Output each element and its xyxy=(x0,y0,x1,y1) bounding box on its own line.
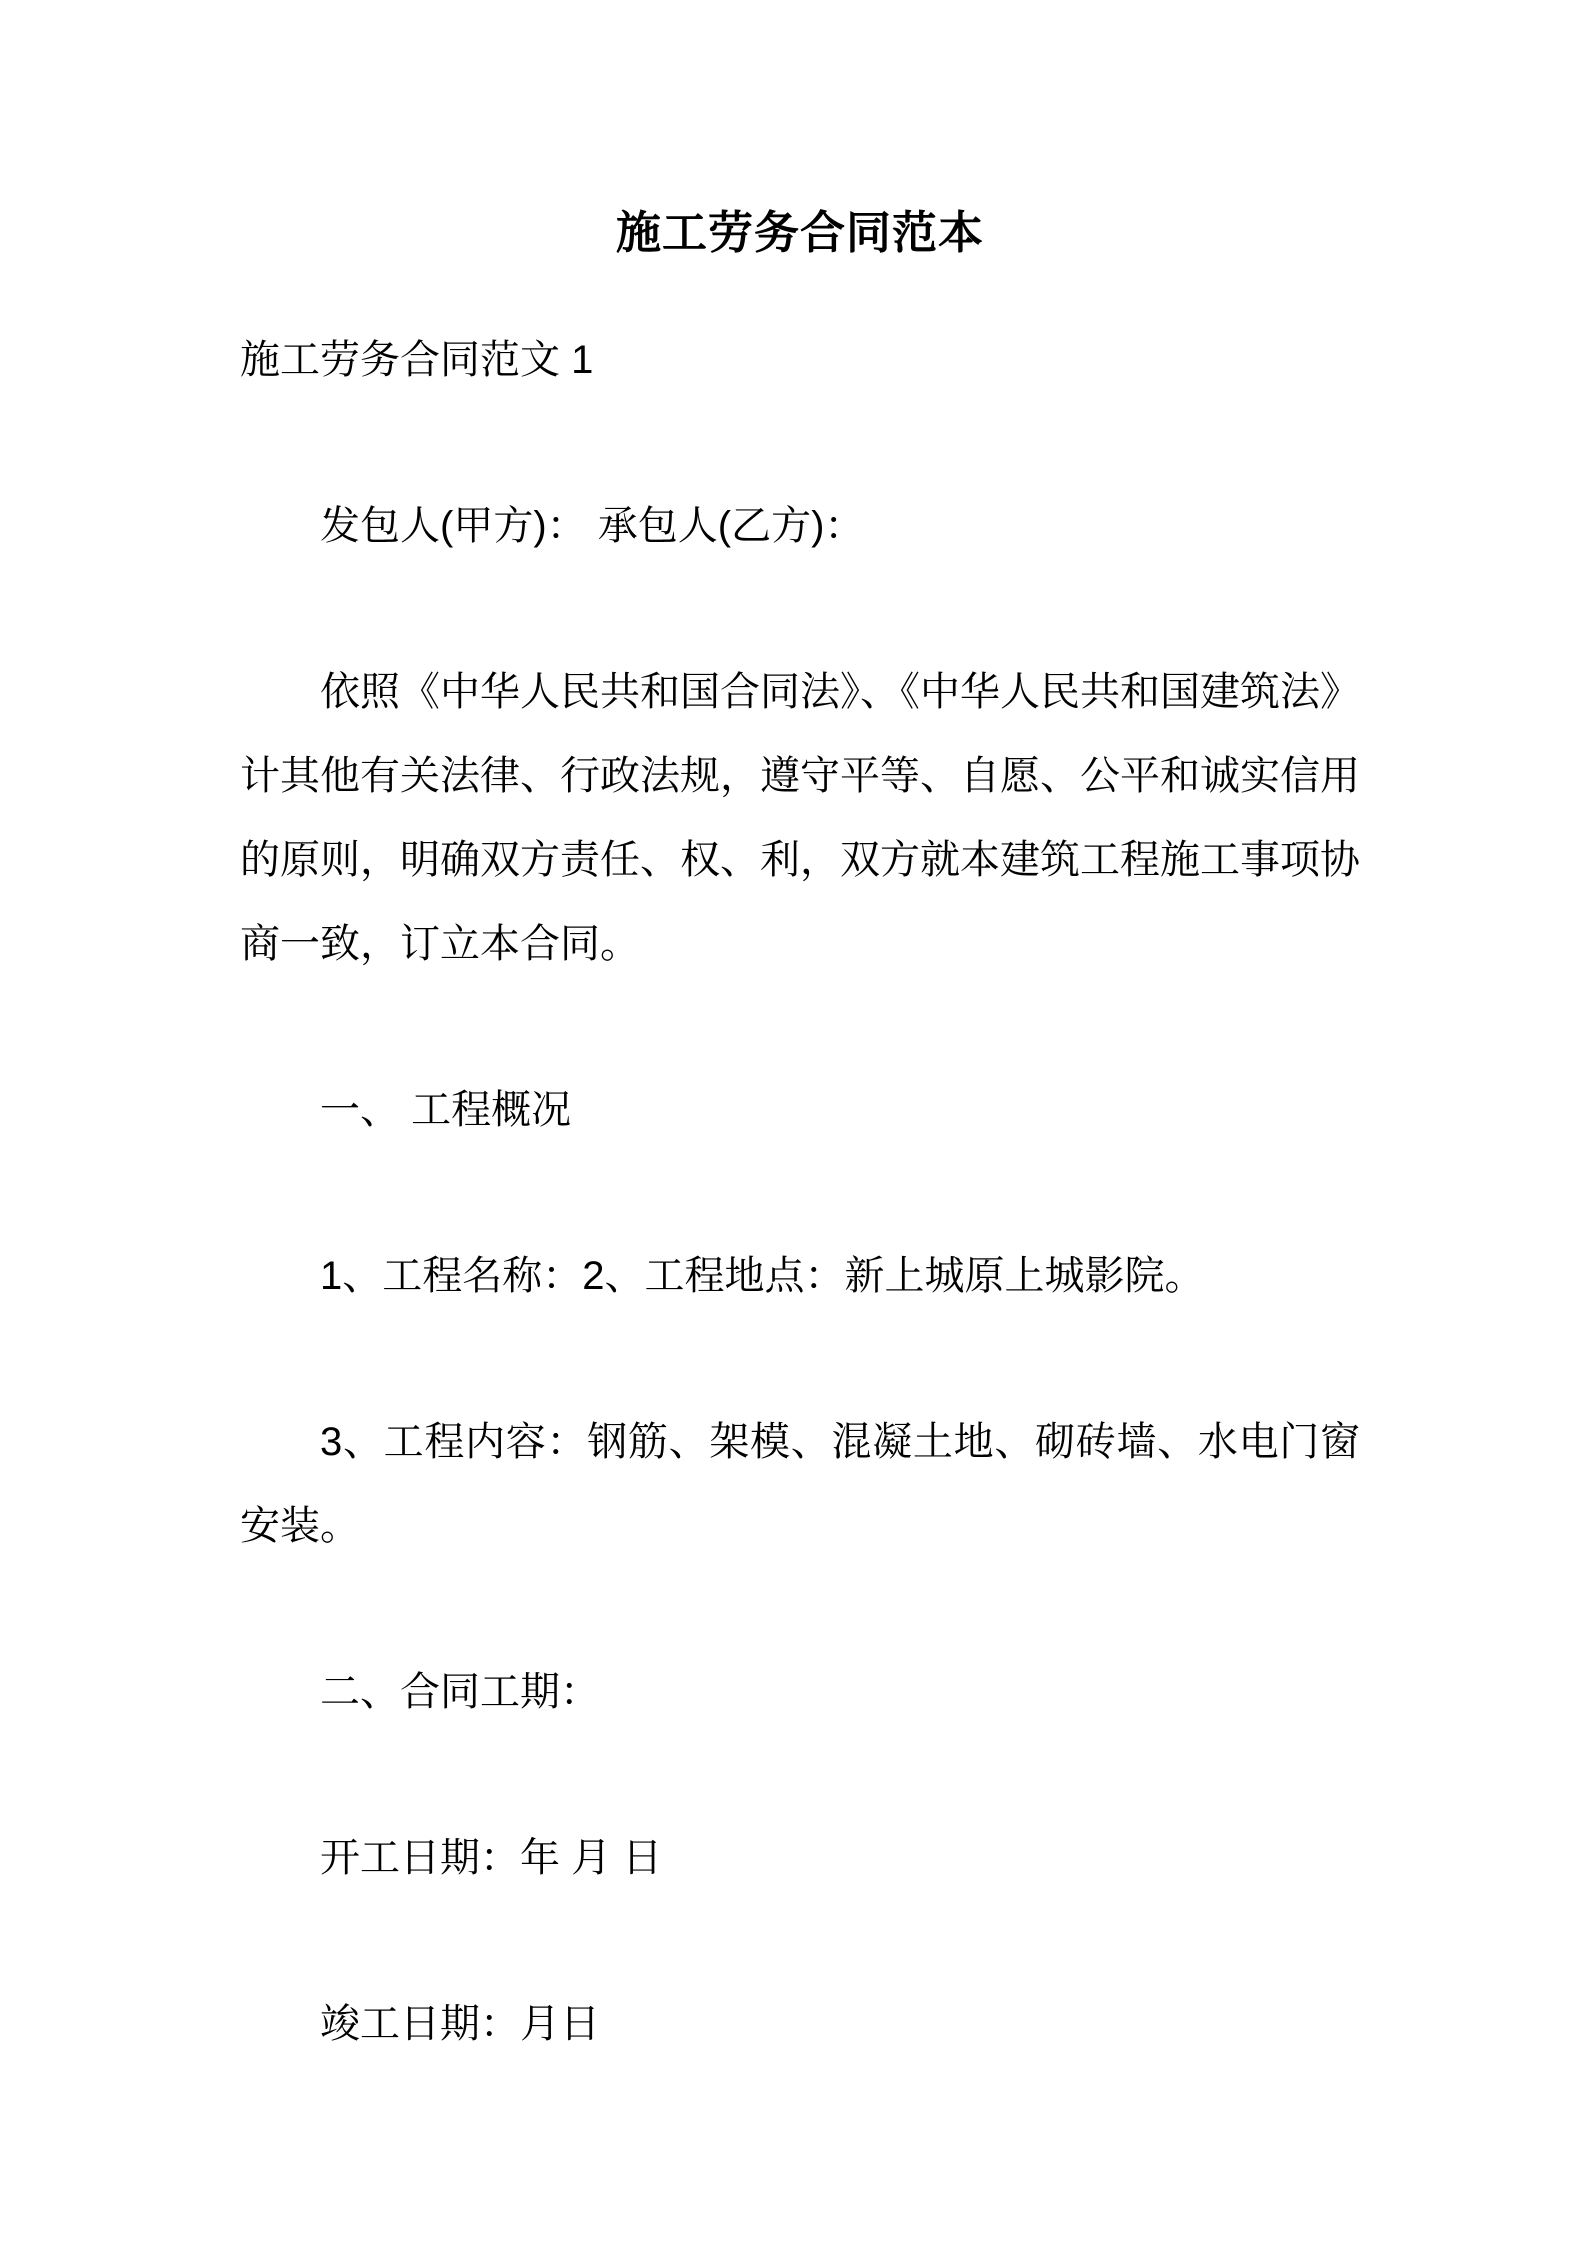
text-line: 一、 工程概况 xyxy=(240,1068,1360,1152)
text-line: 商一致，订立本合同。 xyxy=(240,902,1360,986)
start-date-line: 开工日期：年 月 日 xyxy=(240,1816,1360,1900)
text-line: 施工劳务合同范文 1 xyxy=(240,318,1360,402)
contract-parties-line: 发包人(甲方)： 承包人(乙方)： xyxy=(240,484,1360,568)
text-line: 1、工程名称：2、工程地点：新上城原上城影院。 xyxy=(240,1234,1360,1318)
text-line: 二、合同工期： xyxy=(240,1650,1360,1734)
text-line: 的原则，明确双方责任、权、利，双方就本建筑工程施工事项协 xyxy=(240,818,1360,902)
document-content: 施工劳务合同范本 施工劳务合同范文 1发包人(甲方)： 承包人(乙方)：依照《中… xyxy=(240,191,1360,2066)
document-page: 施工劳务合同范本 施工劳务合同范文 1发包人(甲方)： 承包人(乙方)：依照《中… xyxy=(0,0,1586,2244)
document-subtitle: 施工劳务合同范文 1 xyxy=(240,318,1360,402)
section-1-heading: 一、 工程概况 xyxy=(240,1068,1360,1152)
clause-project-content: 3、工程内容：钢筋、架模、混凝土地、砌砖墙、水电门窗安装。 xyxy=(240,1400,1360,1568)
text-line: 安装。 xyxy=(240,1484,1360,1568)
text-line: 3、工程内容：钢筋、架模、混凝土地、砌砖墙、水电门窗 xyxy=(240,1400,1360,1484)
completion-date-line: 竣工日期：月日 xyxy=(240,1982,1360,2066)
preamble-paragraph: 依照《中华人民共和国合同法》、《中华人民共和国建筑法》计其他有关法律、行政法规，… xyxy=(240,650,1360,986)
text-line: 发包人(甲方)： 承包人(乙方)： xyxy=(240,484,1360,568)
clause-project-name-location: 1、工程名称：2、工程地点：新上城原上城影院。 xyxy=(240,1234,1360,1318)
document-body: 施工劳务合同范文 1发包人(甲方)： 承包人(乙方)：依照《中华人民共和国合同法… xyxy=(240,318,1360,2066)
text-line: 计其他有关法律、行政法规，遵守平等、自愿、公平和诚实信用 xyxy=(240,734,1360,818)
document-title: 施工劳务合同范本 xyxy=(240,191,1360,275)
text-line: 开工日期：年 月 日 xyxy=(240,1816,1360,1900)
section-2-heading: 二、合同工期： xyxy=(240,1650,1360,1734)
text-line: 依照《中华人民共和国合同法》、《中华人民共和国建筑法》 xyxy=(240,650,1360,734)
text-line: 竣工日期：月日 xyxy=(240,1982,1360,2066)
